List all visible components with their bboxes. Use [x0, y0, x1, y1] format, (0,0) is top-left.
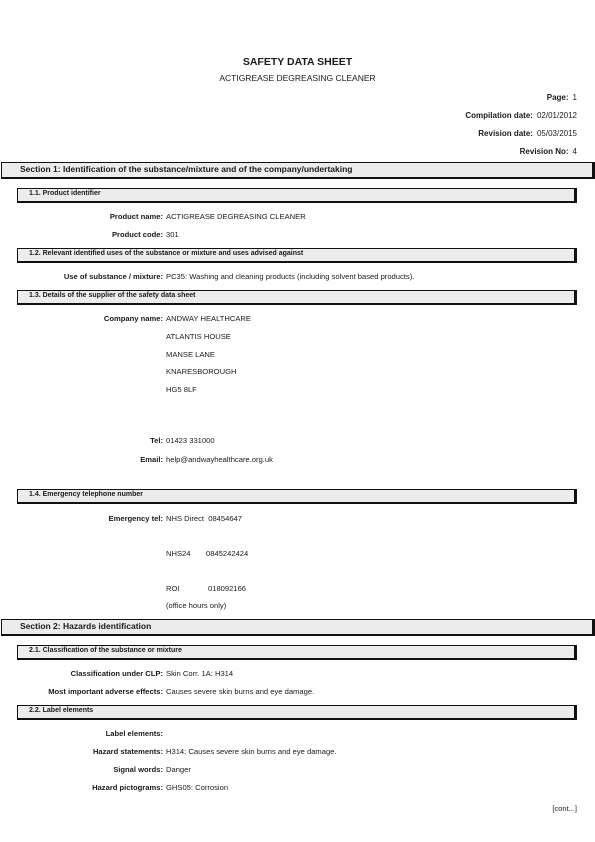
subsection-1-2-header: 1.2. Relevant identified uses of the sub…	[17, 248, 577, 263]
clp-value: Skin Corr. 1A: H314	[166, 669, 233, 678]
emergency-note: (office hours only)	[166, 601, 226, 610]
revision-number: Revision No:4	[520, 147, 577, 156]
pictograms-value: GHS05: Corrosion	[166, 783, 228, 792]
signal-words-row: Signal words: Danger	[0, 765, 595, 776]
subsection-1-1-header: 1.1. Product identifier	[17, 188, 577, 203]
address-line: KNARESBOROUGH	[166, 367, 236, 376]
company-row: Company name: ANDWAY HEALTHCARE	[0, 314, 595, 325]
address-line: HG5 8LF	[166, 385, 197, 394]
product-code-row: Product code: 301	[0, 230, 595, 241]
label-elements-row: Label elements:	[0, 729, 595, 740]
subsection-1-3-header: 1.3. Details of the supplier of the safe…	[17, 290, 577, 305]
product-name-row: Product name: ACTIGREASE DEGREASING CLEA…	[0, 212, 595, 223]
use-row: Use of substance / mixture: PC35: Washin…	[0, 272, 595, 283]
pictograms-row: Hazard pictograms: GHS05: Corrosion	[0, 783, 595, 794]
emergency-line: ROI018092166	[166, 584, 246, 593]
address-line: ATLANTIS HOUSE	[166, 332, 231, 341]
signal-words-value: Danger	[166, 765, 191, 774]
address-line: ANDWAY HEALTHCARE	[166, 314, 251, 323]
continued-marker: [cont...]	[552, 804, 577, 813]
revision-date: Revision date:05/03/2015	[478, 129, 577, 138]
subsection-2-1-header: 2.1. Classification of the substance or …	[17, 645, 577, 660]
document-title: SAFETY DATA SHEET	[0, 56, 595, 68]
product-subtitle: ACTIGREASE DEGREASING CLEANER	[0, 73, 595, 83]
tel-value: 01423 331000	[166, 436, 215, 445]
emergency-line: NHS Direct 08454647	[166, 514, 242, 523]
tel-row: Tel: 01423 331000	[0, 436, 595, 447]
effects-row: Most important adverse effects: Causes s…	[0, 687, 595, 698]
subsection-1-4-header: 1.4. Emergency telephone number	[17, 489, 577, 504]
email-link[interactable]: help@andwayhealthcare.org.uk	[166, 455, 273, 464]
address-line: MANSE LANE	[166, 350, 215, 359]
emergency-line: NHS240845242424	[166, 549, 248, 558]
email-row: Email: help@andwayhealthcare.org.uk	[0, 455, 595, 466]
emergency-row: Emergency tel: NHS Direct 08454647	[0, 514, 595, 525]
clp-row: Classification under CLP: Skin Corr. 1A:…	[0, 669, 595, 680]
effects-value: Causes severe skin burns and eye damage.	[166, 687, 314, 696]
product-code: 301	[166, 230, 179, 239]
hazard-statements-row: Hazard statements: H314: Causes severe s…	[0, 747, 595, 758]
use-value: PC35: Washing and cleaning products (inc…	[166, 272, 414, 281]
page-number: Page:1	[547, 93, 577, 102]
section-2-header: Section 2: Hazards identification	[1, 619, 595, 636]
section-1-header: Section 1: Identification of the substan…	[1, 162, 595, 179]
hazard-statements-value: H314: Causes severe skin burns and eye d…	[166, 747, 337, 756]
compilation-date: Compilation date:02/01/2012	[465, 111, 577, 120]
subsection-2-2-header: 2.2. Label elements	[17, 705, 577, 720]
product-name: ACTIGREASE DEGREASING CLEANER	[166, 212, 306, 221]
